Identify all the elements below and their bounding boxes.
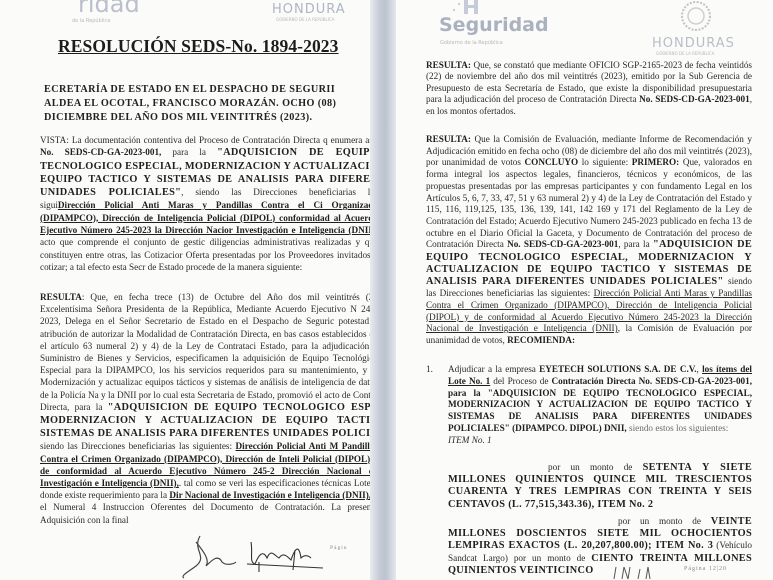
signature-initials xyxy=(610,565,660,580)
resolution-heading: ECRETARÍA DE ESTADO EN EL DESPACHO DE SE… xyxy=(44,83,364,125)
page-divider xyxy=(370,0,396,580)
left-document-page: ridad de la República HONDURA GOBIERNO D… xyxy=(0,0,370,580)
honduras-subtitle: GOBIERNO DE LA REPÚBLICA xyxy=(276,17,334,22)
list-number: 1. xyxy=(426,364,440,375)
page-label: Págin xyxy=(330,545,348,551)
logo-subtitle: de la República xyxy=(72,18,110,24)
honduras-subtitle: GOBIERNO DE LA REPÚBLICA xyxy=(656,51,714,56)
resulta-paragraph: RESULTA: Que, en fecha trece (13) de Oct… xyxy=(40,291,370,526)
resulta-paragraph-2: RESULTA: Que la Comisión de Evaluación, … xyxy=(426,134,752,347)
seguridad-logo: Seguridad xyxy=(439,14,549,36)
heading-line: DICIEMBRE DEL AÑO DOS MIL VEINTITRÉS (20… xyxy=(44,111,364,125)
signature-1 xyxy=(178,532,238,580)
amount-item-1: por un monto de SETENTA Y SIETE MILLONES… xyxy=(448,462,752,511)
vista-paragraph: VISTA: La documentación contentiva del P… xyxy=(40,134,370,274)
resulta-paragraph-1: RESULTA: Que, se constató que mediante O… xyxy=(426,60,752,117)
signature-2 xyxy=(245,538,325,574)
page-number: Página 12|20 xyxy=(684,566,727,572)
recommendation-item-1: Adjudicar a la empresa EYETECH SOLUTIONS… xyxy=(448,364,752,447)
heading-line: ALDEA EL OCOTAL, FRANCISCO MORAZÁN. OCHO… xyxy=(44,97,364,111)
right-document-page: Seguridad Gobierno de la República HONDU… xyxy=(396,0,773,580)
resolution-title: RESOLUCIÓN SEDS-No. 1894-2023 xyxy=(58,36,339,57)
honduras-logo-partial: HONDURA xyxy=(272,2,346,17)
logo-subtitle: Gobierno de la República xyxy=(440,40,503,46)
honduras-logo: HONDURAS xyxy=(652,36,735,51)
heading-line: ECRETARÍA DE ESTADO EN EL DESPACHO DE SE… xyxy=(44,83,364,97)
honduras-coat-of-arms-icon xyxy=(678,0,714,34)
seguridad-logo-partial: ridad xyxy=(78,0,140,18)
